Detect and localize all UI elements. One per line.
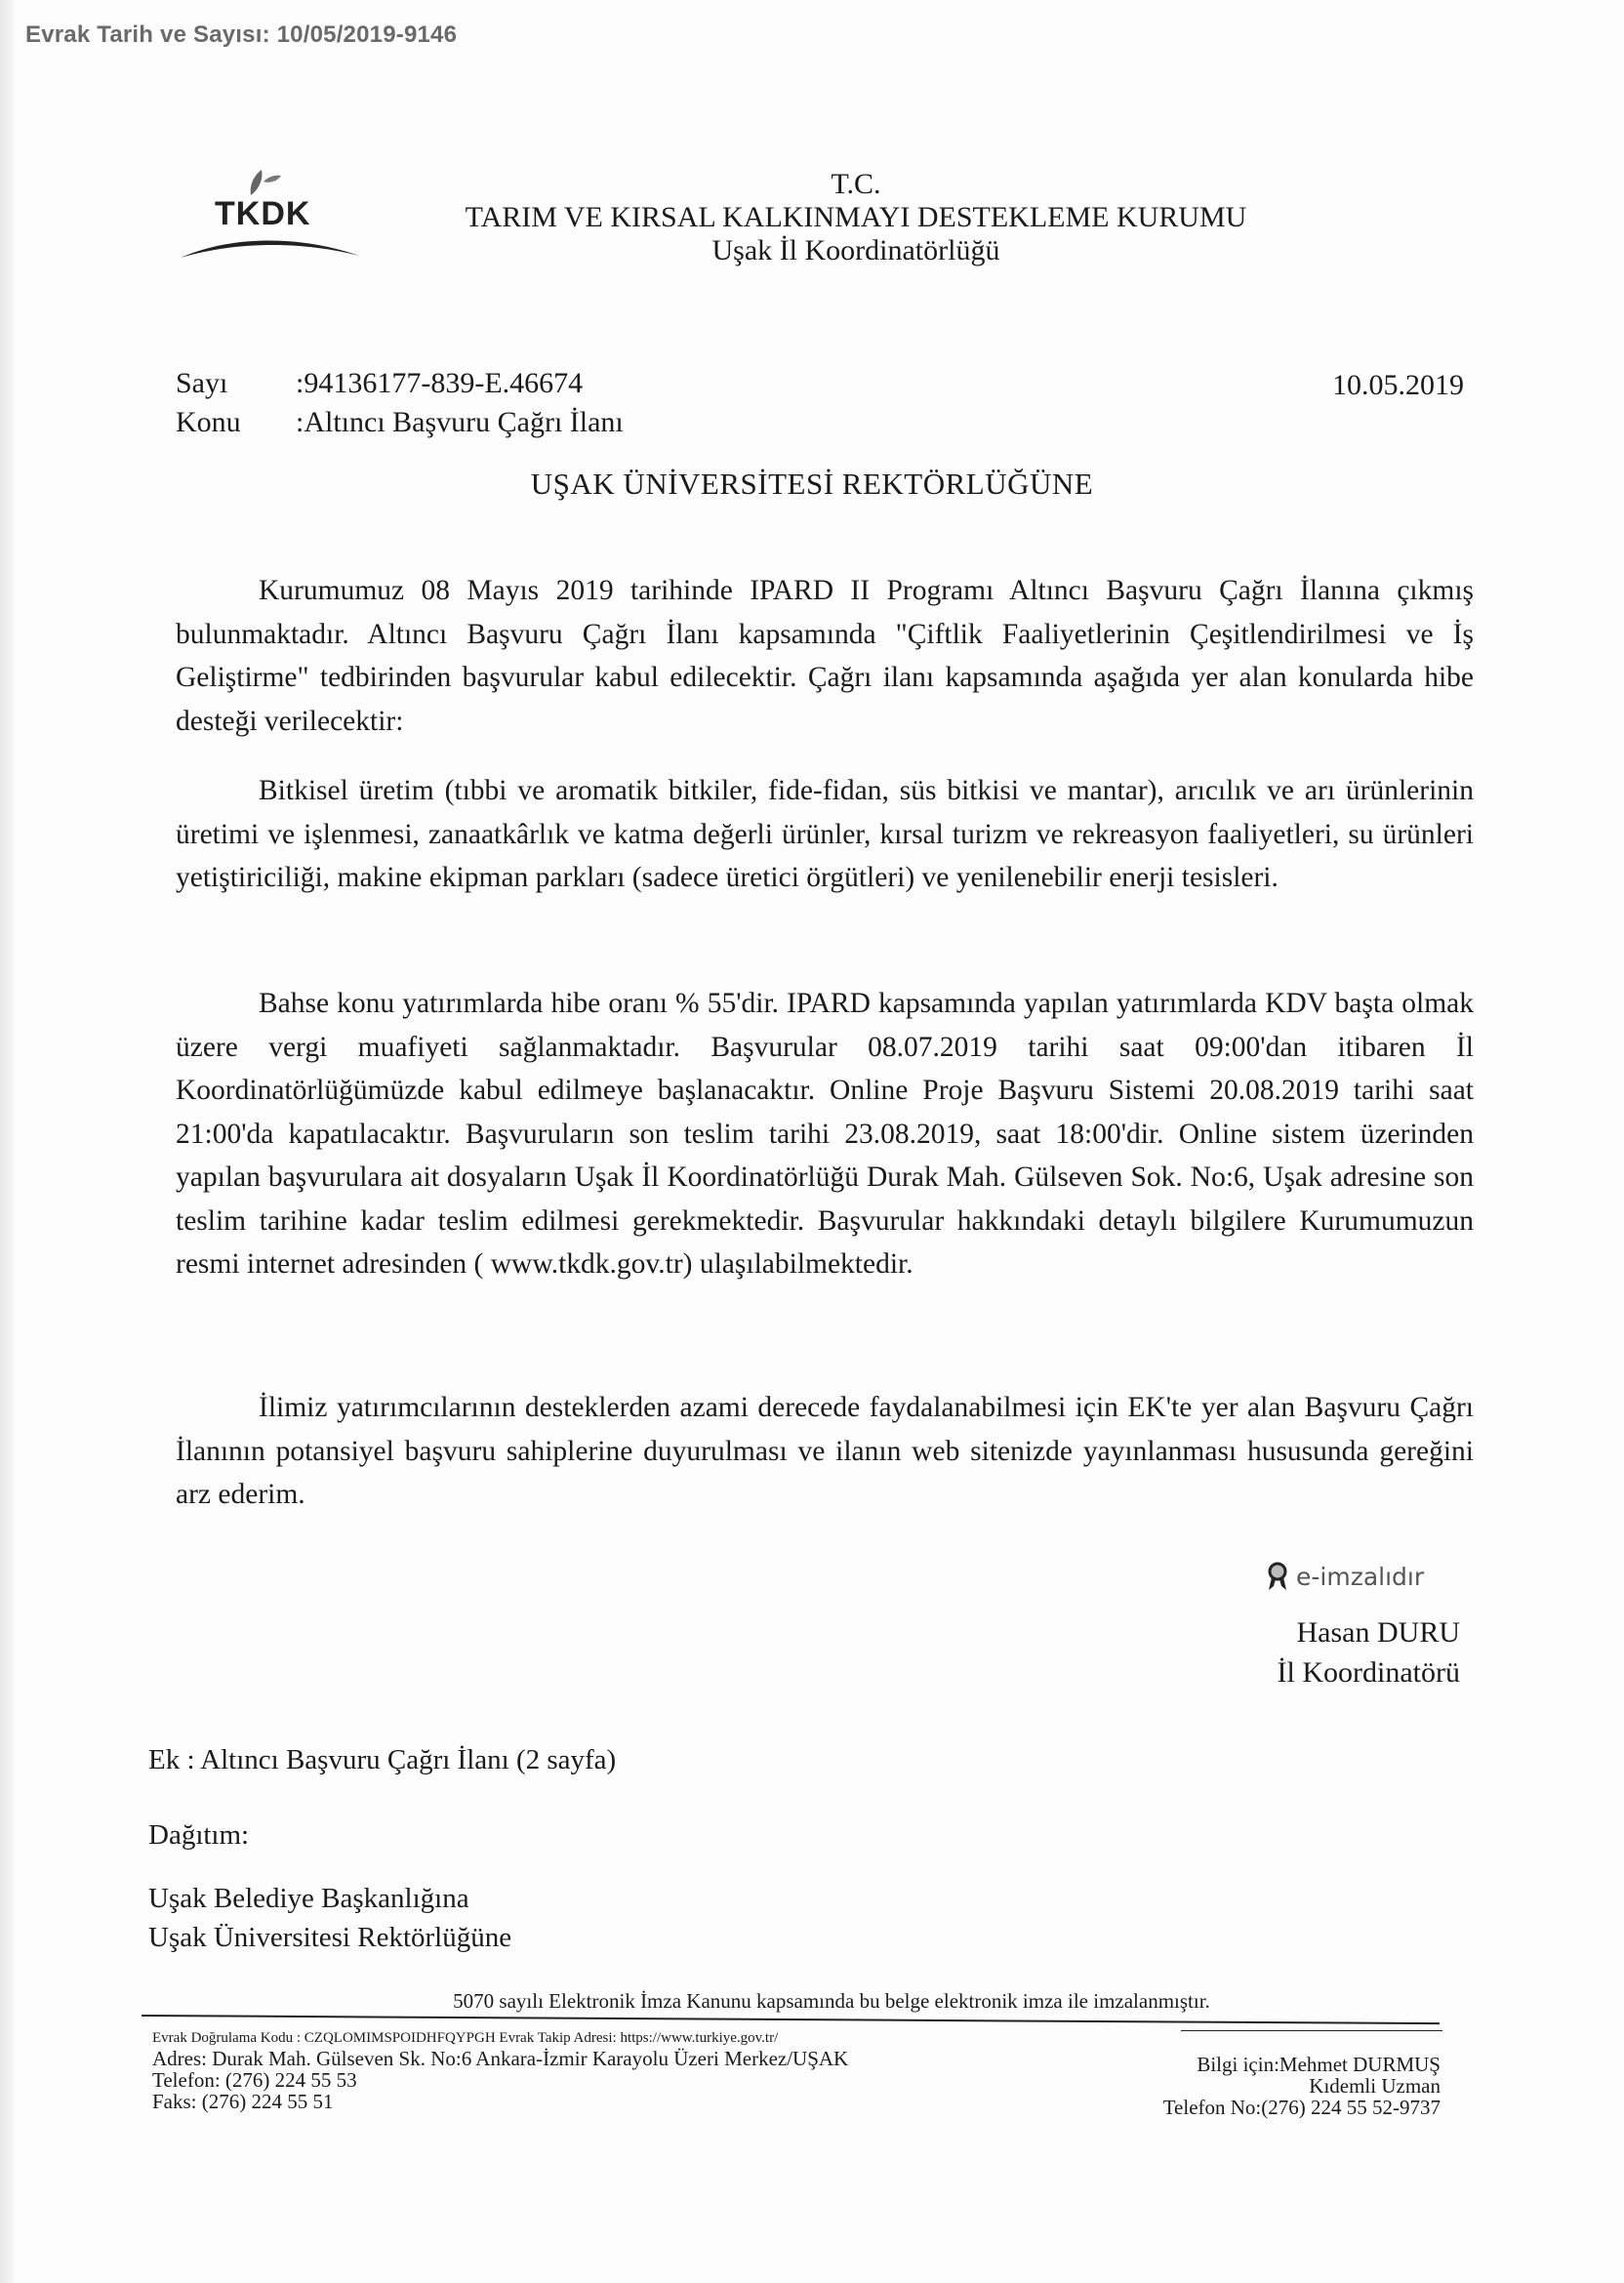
- signer-block: Hasan DURU İl Koordinatörü: [1278, 1612, 1460, 1692]
- header-line-institution: TARIM VE KIRSAL KALKINMAYI DESTEKLEME KU…: [224, 201, 1487, 234]
- body-paragraph-2: Bitkisel üretim (tıbbi ve aromatik bitki…: [176, 769, 1474, 900]
- konu-value: :Altıncı Başvuru Çağrı İlanı: [296, 403, 624, 442]
- footer-info-contact: Bilgi için:Mehmet DURMUŞ Kıdemli Uzman T…: [1163, 2054, 1441, 2118]
- header-line-tc: T.C.: [224, 168, 1487, 201]
- scan-edge: [0, 0, 16, 2283]
- footer-divider-secondary: [1181, 2030, 1442, 2031]
- document-meta: Sayı :94136177-839-E.46674 Konu :Altıncı…: [176, 364, 624, 442]
- e-signature-label: e-imzalıdır: [1296, 1563, 1424, 1591]
- distribution-item: Uşak Belediye Başkanlığına: [148, 1879, 511, 1918]
- document-date: 10.05.2019: [1332, 369, 1464, 402]
- addressee: UŞAK ÜNİVERSİTESİ REKTÖRLÜĞÜNE: [0, 467, 1624, 502]
- distribution-list: Uşak Belediye Başkanlığına Uşak Üniversi…: [148, 1879, 511, 1957]
- footer-fax: Faks: (276) 224 55 51: [152, 2091, 848, 2112]
- ribbon-badge-icon: [1267, 1562, 1288, 1591]
- footer-address: Adres: Durak Mah. Gülseven Sk. No:6 Anka…: [152, 2048, 848, 2069]
- contact-phone: Telefon No:(276) 224 55 52-9737: [1163, 2097, 1441, 2118]
- body-paragraph-3: Bahse konu yatırımlarda hibe oranı % 55'…: [176, 982, 1474, 1286]
- contact-name: Bilgi için:Mehmet DURMUŞ: [1163, 2054, 1441, 2075]
- footer-divider: [142, 2015, 1440, 2024]
- contact-title: Kıdemli Uzman: [1163, 2075, 1441, 2097]
- letterhead: T.C. TARIM VE KIRSAL KALKINMAYI DESTEKLE…: [0, 168, 1624, 267]
- attachment-line: Ek : Altıncı Başvuru Çağrı İlanı (2 sayf…: [148, 1744, 616, 1776]
- e-signature-legal-notice: 5070 sayılı Elektronik İmza Kanunu kapsa…: [0, 1989, 1624, 2014]
- konu-label: Konu: [176, 403, 296, 442]
- e-signature-badge: e-imzalıdır: [1267, 1562, 1424, 1591]
- footer-contact: Evrak Doğrulama Kodu : CZQLOMIMSPOIDHFQY…: [152, 2028, 848, 2112]
- signer-name: Hasan DURU: [1278, 1612, 1460, 1652]
- body-paragraph-1: Kurumumuz 08 Mayıs 2019 tarihinde IPARD …: [176, 569, 1474, 743]
- verification-code: Evrak Doğrulama Kodu : CZQLOMIMSPOIDHFQY…: [152, 2028, 848, 2048]
- footer-phone: Telefon: (276) 224 55 53: [152, 2069, 848, 2091]
- sayi-label: Sayı: [176, 364, 296, 403]
- konu-row: Konu :Altıncı Başvuru Çağrı İlanı: [176, 403, 624, 442]
- document-stamp: Evrak Tarih ve Sayısı: 10/05/2019-9146: [25, 21, 457, 49]
- header-line-office: Uşak İl Koordinatörlüğü: [224, 234, 1487, 267]
- sayi-value: :94136177-839-E.46674: [296, 364, 583, 403]
- body-paragraph-4: İlimiz yatırımcılarının desteklerden aza…: [176, 1386, 1474, 1517]
- signer-title: İl Koordinatörü: [1278, 1652, 1460, 1692]
- sayi-row: Sayı :94136177-839-E.46674: [176, 364, 624, 403]
- distribution-title: Dağıtım:: [148, 1819, 249, 1852]
- distribution-item: Uşak Üniversitesi Rektörlüğüne: [148, 1918, 511, 1957]
